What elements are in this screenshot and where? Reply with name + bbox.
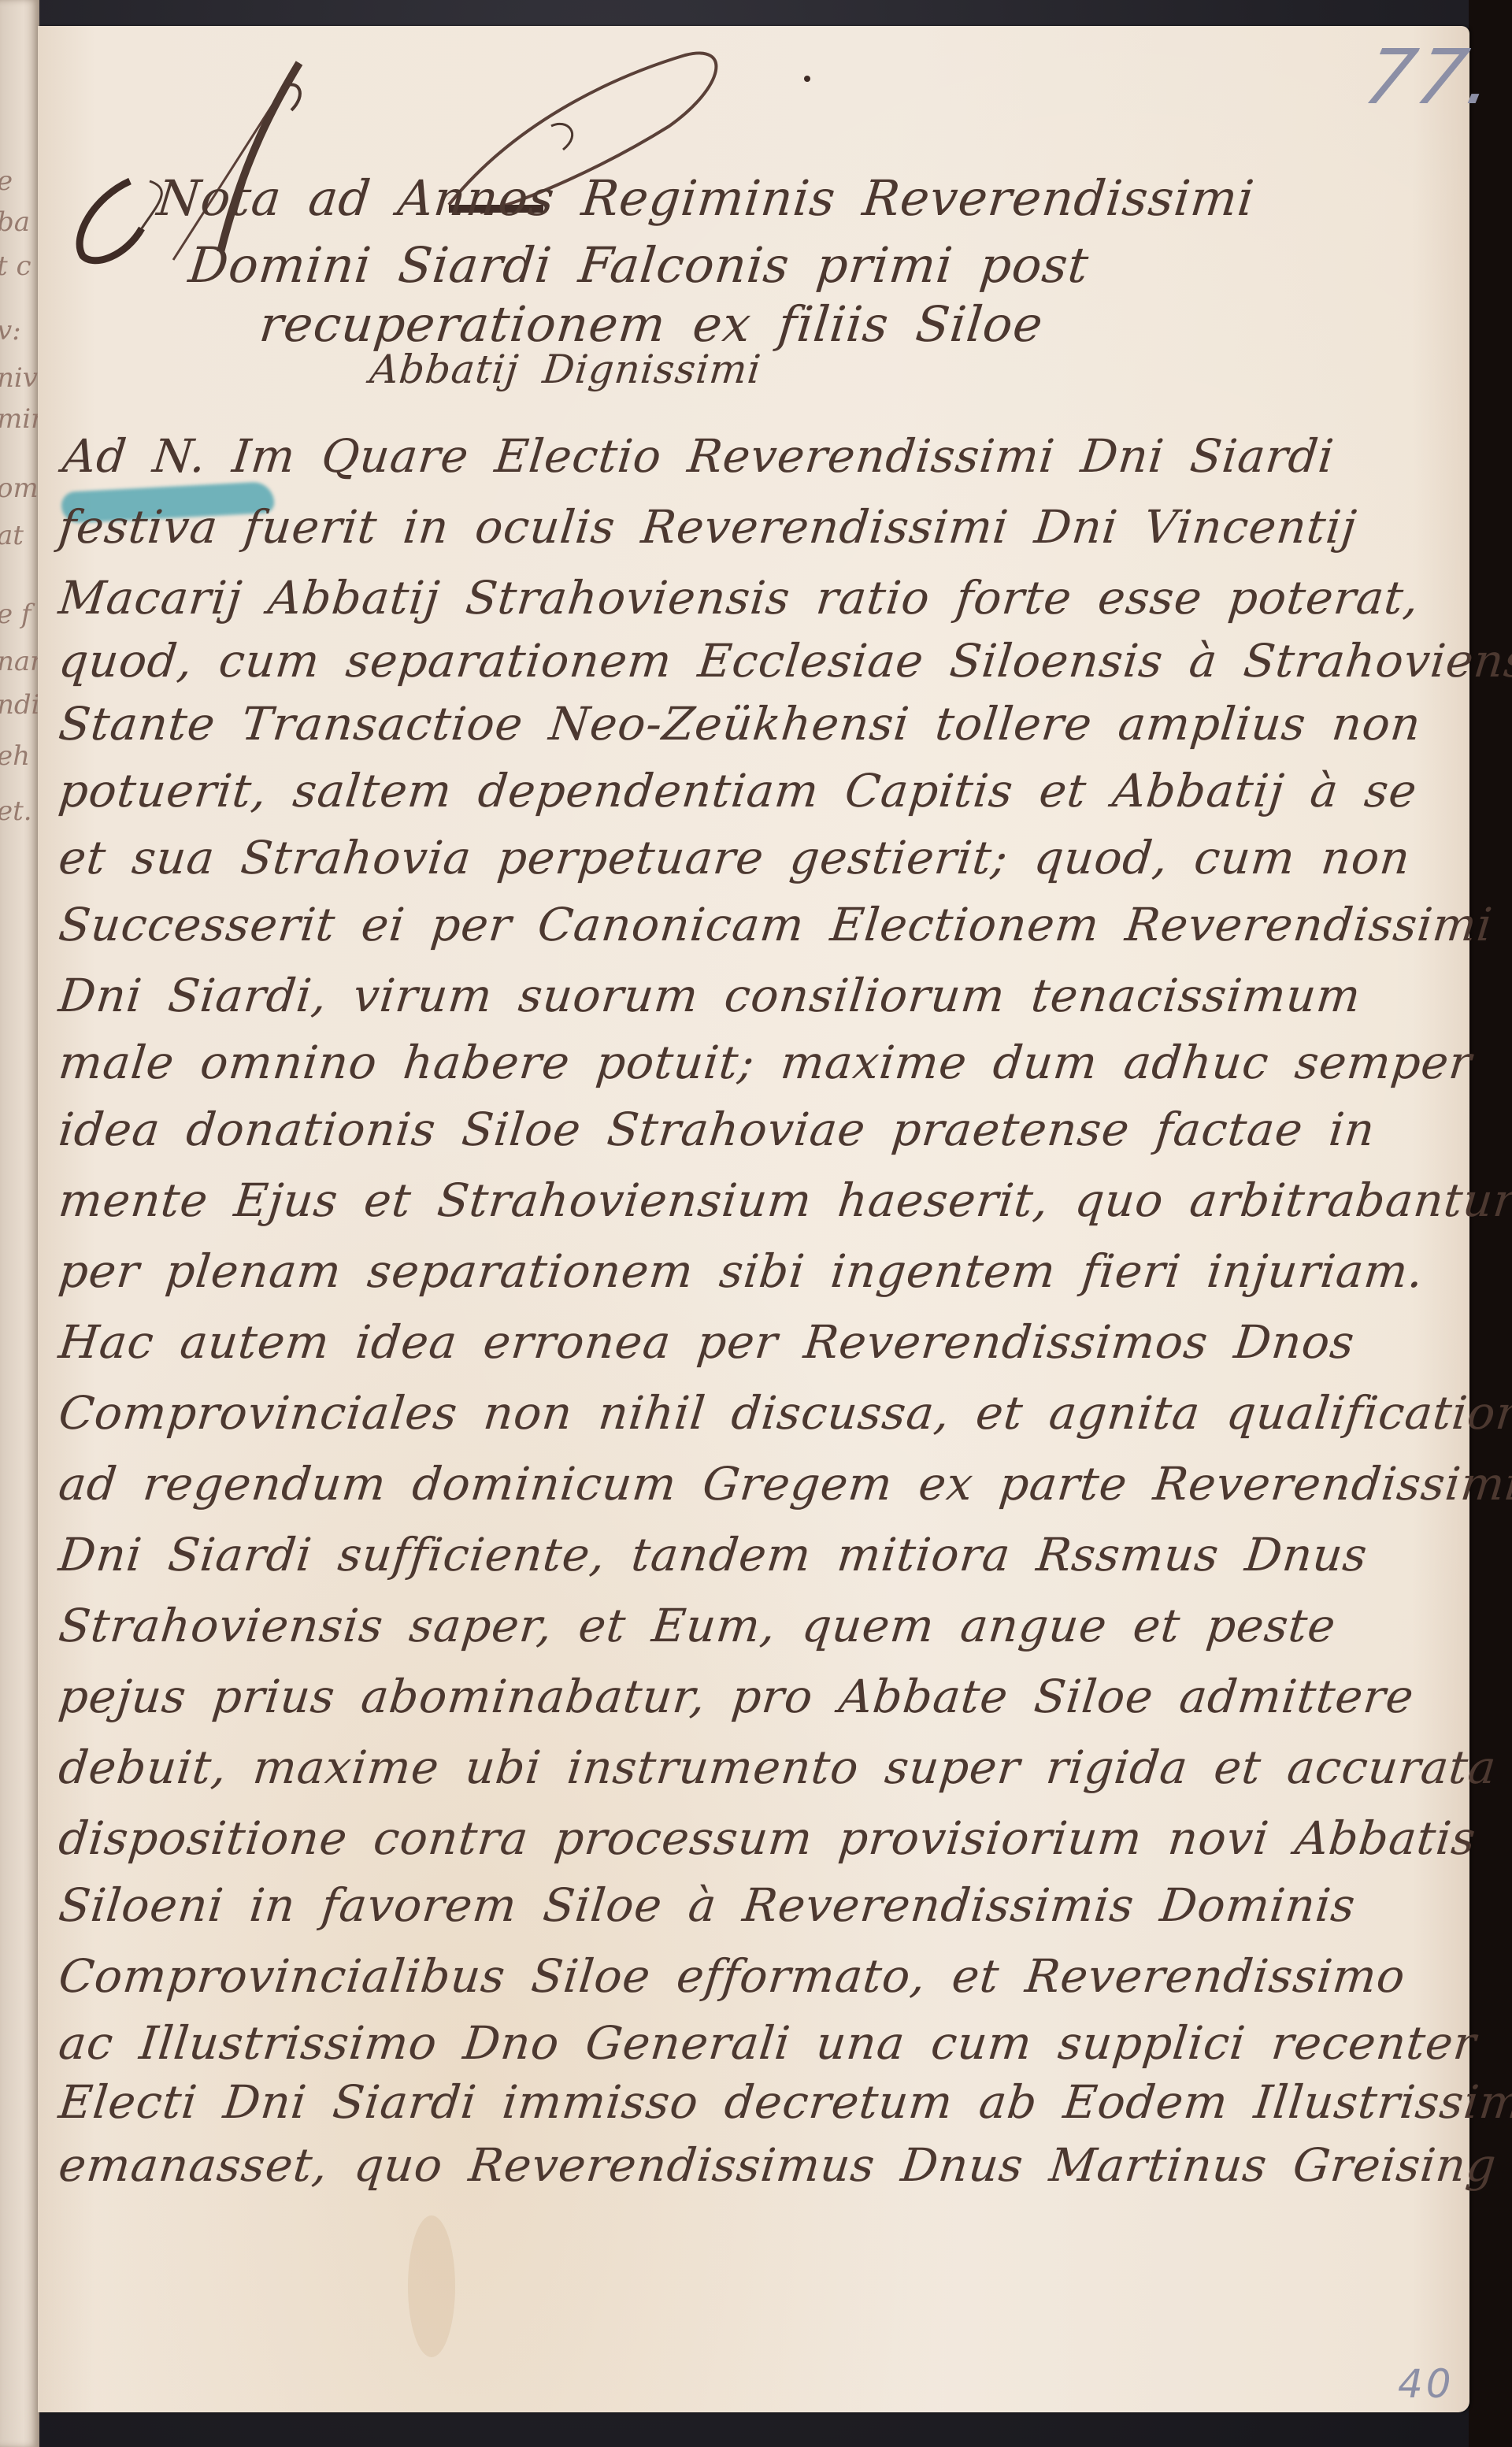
body-line: male omnino habere potuit; maxime dum ad…	[56, 1036, 1474, 1089]
body-line: Ad N. Im Quare Electio Reverendissimi Dn…	[60, 429, 1336, 483]
facing-fragment: eh	[0, 740, 30, 772]
facing-fragment: ba	[0, 206, 30, 238]
body-line: ac Illustrissimo Dno Generali una cum su…	[56, 2016, 1479, 2070]
body-line: Dni Siardi sufficiente, tandem mitiora R…	[56, 1528, 1369, 1581]
body-line: Comprovinciales non nihil discussa, et a…	[56, 1386, 1512, 1440]
facing-fragment: t c	[0, 250, 31, 282]
body-line: per plenam separationem sibi ingentem fi…	[56, 1244, 1426, 1298]
body-line: emanasset, quo Reverendissimus Dnus Mart…	[56, 2138, 1499, 2192]
body-line: debuit, maxime ubi instrumento super rig…	[56, 1741, 1499, 1794]
facing-page-margin: e ba t c v: nivo min om at e f nar ndi e…	[0, 0, 39, 2447]
body-line: dispositione contra processum provisiori…	[56, 1811, 1478, 1865]
facing-fragment: min	[0, 403, 39, 435]
body-line: et sua Strahovia perpetuare gestierit; q…	[56, 831, 1413, 884]
body-line: Electi Dni Siardi immisso decretum ab Eo…	[56, 2075, 1512, 2129]
body-line: Strahoviensis saper, et Eum, quem angue …	[56, 1599, 1338, 1652]
facing-fragment: e f	[0, 599, 31, 630]
facing-fragment: nar	[0, 646, 39, 677]
facing-fragment: v:	[0, 315, 21, 347]
heading-line: Abbatij Dignissimi	[368, 347, 764, 392]
decorative-initial-n-icon	[39, 32, 827, 268]
body-line: potuerit, saltem dependentiam Capitis et…	[56, 764, 1419, 818]
body-line: Hac autem idea erronea per Reverendissim…	[56, 1315, 1357, 1369]
body-line: Comprovincialibus Siloe efformato, et Re…	[56, 1949, 1408, 2003]
pencil-number: 40	[1398, 2361, 1455, 2407]
facing-fragment: ndi	[0, 689, 39, 721]
body-line: Successerit ei per Canonicam Electionem …	[56, 898, 1495, 951]
body-line: festiva fuerit in oculis Reverendissimi …	[56, 500, 1359, 554]
folio-number: 77.	[1357, 33, 1505, 121]
paper-stain	[408, 2215, 455, 2357]
facing-fragment: e	[0, 165, 13, 197]
body-line: Macarij Abbatij Strahoviensis ratio fort…	[56, 571, 1421, 625]
facing-fragment: at	[0, 520, 24, 551]
body-line: Dni Siardi, virum suorum consiliorum ten…	[56, 969, 1363, 1022]
facing-fragment: nivo	[0, 362, 39, 394]
heading-line: Domini Siardi Falconis primi post	[186, 236, 1091, 294]
heading-line: Nota ad Annos Regiminis Reverendissimi	[154, 169, 1257, 227]
body-line: Stante Transactioe Neo-Zeükhensi tollere…	[56, 697, 1424, 751]
body-line: ad regendum dominicum Gregem ex parte Re…	[56, 1457, 1512, 1511]
facing-fragment: et.	[0, 795, 32, 827]
body-line: pejus prius abominabatur, pro Abbate Sil…	[56, 1670, 1417, 1723]
body-line: idea donationis Siloe Strahoviae praeten…	[56, 1103, 1377, 1156]
heading-line: recuperationem ex filiis Siloe	[257, 295, 1046, 353]
facing-fragment: om	[0, 473, 39, 504]
body-line: mente Ejus et Strahoviensium haeserit, q…	[56, 1173, 1512, 1227]
body-line: Siloeni in favorem Siloe à Reverendissim…	[56, 1878, 1358, 1932]
body-line: quod, cum separationem Ecclesiae Siloens…	[56, 634, 1512, 688]
